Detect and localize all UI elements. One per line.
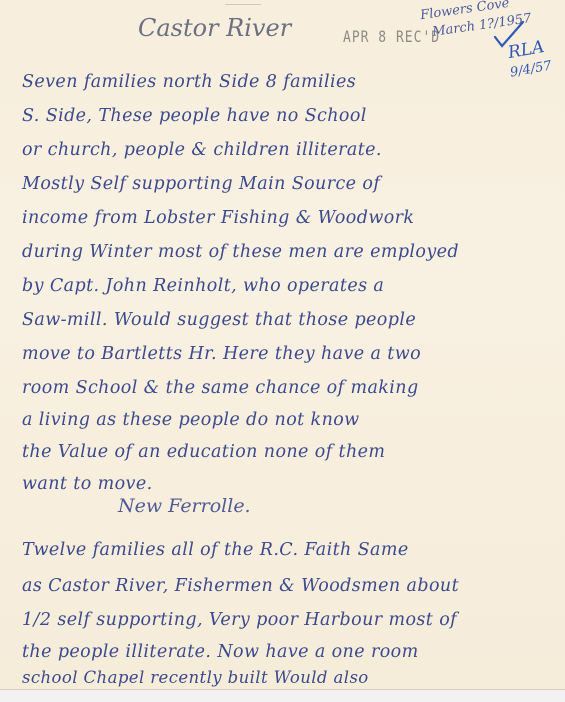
text-line: S. Side, These people have no School	[22, 106, 367, 126]
received-stamp: APR 8 REC'D	[343, 28, 440, 47]
handwritten-letter-page: Castor River APR 8 REC'D Flowers Cove Ma…	[0, 0, 565, 690]
text-line: Mostly Self supporting Main Source of	[22, 174, 380, 194]
text-line: Twelve families all of the R.C. Faith Sa…	[22, 540, 409, 560]
text-line: want to move.	[22, 474, 153, 494]
text-line: the Value of an education none of them	[22, 442, 385, 462]
text-line: Saw-mill. Would suggest that those peopl…	[22, 310, 416, 330]
text-line: school Chapel recently built Would also	[22, 668, 369, 687]
section-heading-castor-river: Castor River	[138, 14, 291, 42]
section-heading-new-ferrolle: New Ferrolle.	[118, 495, 251, 517]
text-line: the people illiterate. Now have a one ro…	[22, 642, 419, 662]
text-line: 1/2 self supporting, Very poor Harbour m…	[22, 610, 457, 630]
text-line: a living as these people do not know	[22, 410, 360, 430]
text-line: income from Lobster Fishing & Woodwork	[22, 208, 414, 228]
text-line: or church, people & children illiterate.	[22, 140, 382, 160]
text-line: room School & the same chance of making	[22, 378, 419, 398]
text-line: Seven families north Side 8 families	[22, 72, 356, 92]
text-line: as Castor River, Fishermen & Woodsmen ab…	[22, 576, 459, 596]
paper-smudge	[225, 0, 261, 5]
text-line: by Capt. John Reinholt, who operates a	[22, 276, 384, 296]
text-line: move to Bartletts Hr. Here they have a t…	[22, 344, 421, 364]
text-line: during Winter most of these men are empl…	[22, 242, 459, 262]
